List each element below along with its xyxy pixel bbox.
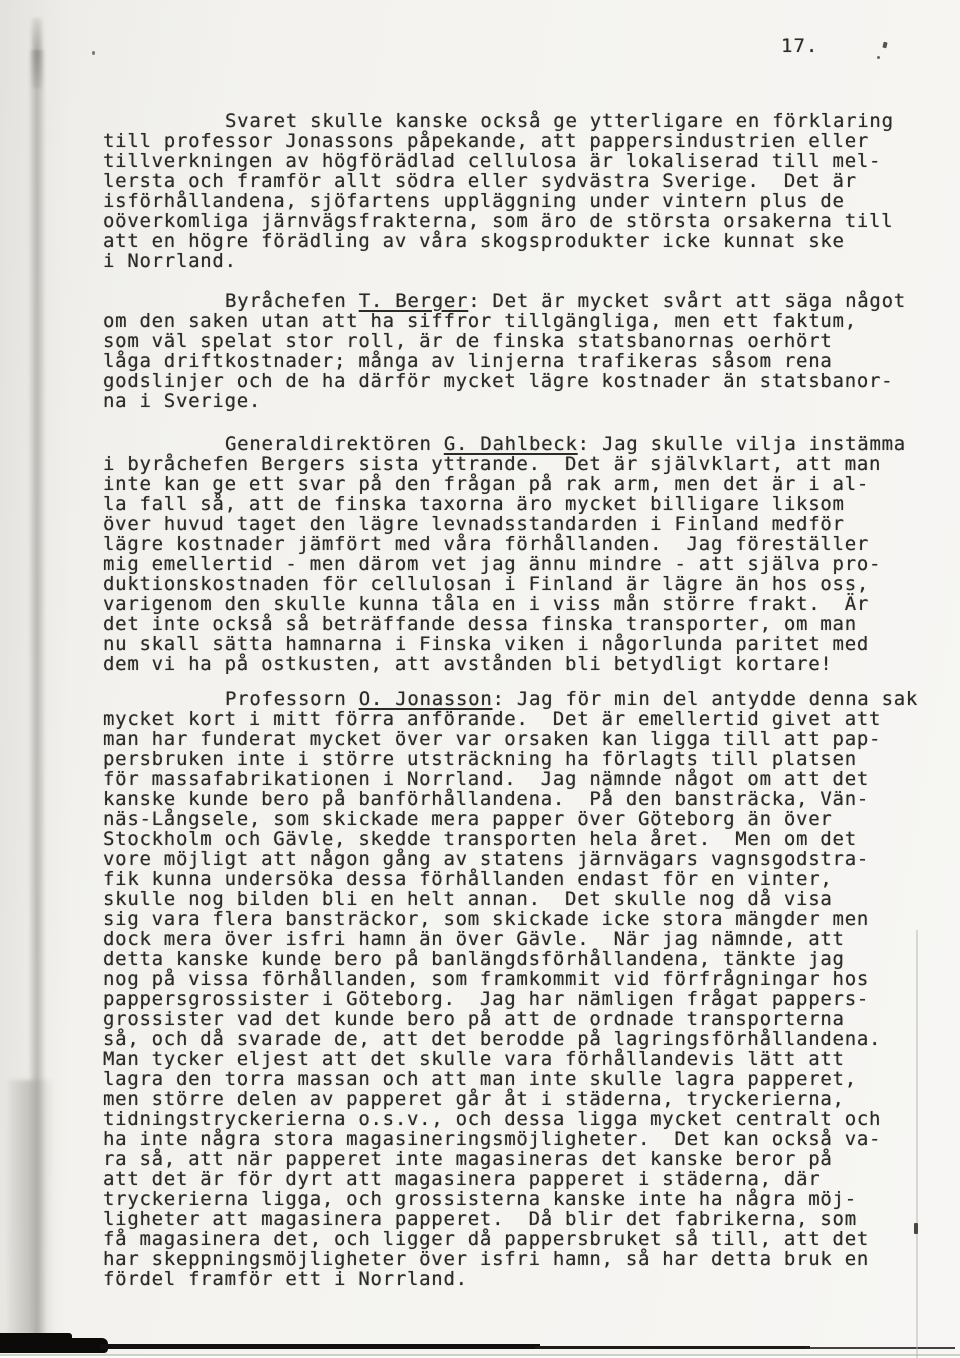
speaker-name: G. Dahlbeck bbox=[444, 433, 578, 455]
paragraph-line: Man tycker eljest att det skulle vara fö… bbox=[103, 1049, 933, 1069]
speaker-name: O. Jonasson bbox=[359, 688, 493, 710]
paragraph-line: näs-Långsele, som skickade mera papper ö… bbox=[103, 809, 933, 829]
paragraph-line: har skeppningsmöjligheter över isfri ham… bbox=[103, 1249, 933, 1269]
paragraph-line: na i Sverige. bbox=[103, 391, 933, 411]
paragraph-line: persbruken inte i större utsträckning ha… bbox=[103, 749, 933, 769]
paragraph-line: ra så, att när papperet inte magasineras… bbox=[103, 1149, 933, 1169]
paragraph-line: att det är för dyrt att magasinera pappe… bbox=[103, 1169, 933, 1189]
paragraph-line: Svaret skulle kanske också ge ytterligar… bbox=[103, 111, 933, 131]
paragraph-line: inte kan ge ett svar på den frågan på ra… bbox=[103, 474, 933, 494]
paragraph-line: att en högre förädling av våra skogsprod… bbox=[103, 231, 933, 251]
left-bottom-shade bbox=[8, 1080, 54, 1335]
speaker-statement-start: : Jag för min del antydde denna sak bbox=[493, 688, 919, 710]
speaker-title: Professorn bbox=[225, 688, 359, 710]
paragraph-line: fik kunna undersöka dessa förhållanden e… bbox=[103, 869, 933, 889]
paragraph-line: detta kanske kunde bero på banlängdsförh… bbox=[103, 949, 933, 969]
paragraph-line: ha inte några stora magasineringsmöjligh… bbox=[103, 1129, 933, 1149]
paragraph-line: till professor Jonassons påpekande, att … bbox=[103, 131, 933, 151]
paragraph-line: mycket kort i mitt förra anförande. Det … bbox=[103, 709, 933, 729]
paragraph-line: pappersgrossister i Göteborg. Jag har nä… bbox=[103, 989, 933, 1009]
paragraph-line: nu skall sätta hamnarna i Finska viken i… bbox=[103, 634, 933, 654]
paragraph-line: dem vi ha på ostkusten, att avstånden bl… bbox=[103, 654, 933, 674]
paragraph-line: tryckerierna ligga, och grossisterna kan… bbox=[103, 1189, 933, 1209]
speaker-statement-start: : Jag skulle vilja instämma bbox=[578, 433, 906, 455]
scan-black-tail bbox=[805, 1347, 955, 1349]
paragraph-line: dock mera över isfri hamn än över Gävle.… bbox=[103, 929, 933, 949]
scan-black-tail bbox=[100, 1344, 540, 1349]
scan-speck bbox=[877, 56, 880, 59]
paragraph-line: låga driftkostnader; många av linjerna t… bbox=[103, 351, 933, 371]
paragraph-line: men större delen av papperet går åt i st… bbox=[103, 1089, 933, 1109]
paragraph-line: sig vara flera bansträckor, som skickade… bbox=[103, 909, 933, 929]
paragraph-jonasson: Professorn O. Jonasson: Jag för min del … bbox=[103, 689, 933, 1289]
paragraph-line: tidningstryckerierna o.s.v., och dessa l… bbox=[103, 1109, 933, 1129]
paragraph-line: mig emellertid - men därom vet jag ännu … bbox=[103, 554, 933, 574]
paragraph-line: tillverkningen av högförädlad cellulosa … bbox=[103, 151, 933, 171]
paragraph-line: skulle nog bilden bli en helt annan. Det… bbox=[103, 889, 933, 909]
paragraph-berger: Byråchefen T. Berger: Det är mycket svår… bbox=[103, 291, 933, 411]
speaker-title: Byråchefen bbox=[225, 290, 359, 312]
paragraph-line: i byråchefen Bergers sista yttrande. Det… bbox=[103, 454, 933, 474]
page-crease-top-smudge bbox=[31, 18, 43, 88]
paragraph-line: lersta och framför allt södra eller sydv… bbox=[103, 171, 933, 191]
scan-speck bbox=[92, 51, 95, 55]
paragraph-line: oöverkomliga järnvägsfrakterna, som äro … bbox=[103, 211, 933, 231]
paragraph-line: lagra den torra massan och att man inte … bbox=[103, 1069, 933, 1089]
paragraph-line: som väl spelat stor roll, är de finska s… bbox=[103, 331, 933, 351]
paragraph-line: kanske kunde bero på banförhållandena. P… bbox=[103, 789, 933, 809]
paragraph-line: duktionskostnaden för cellulosan i Finla… bbox=[103, 574, 933, 594]
paragraph-line: vore möjligt att någon gång av statens j… bbox=[103, 849, 933, 869]
scan-black-tail bbox=[535, 1346, 810, 1349]
paragraph-line: ligheter att magasinera papperet. Då bli… bbox=[103, 1209, 933, 1229]
scan-speck bbox=[882, 42, 887, 49]
paragraph-line: man har funderat mycket över var orsaken… bbox=[103, 729, 933, 749]
paragraph-line: om den saken utan att ha siffror tillgän… bbox=[103, 311, 933, 331]
paragraph-line: i Norrland. bbox=[103, 251, 933, 271]
paragraph-line: isförhållandena, sjöfartens uppläggning … bbox=[103, 191, 933, 211]
paragraph-line: Professorn O. Jonasson: Jag för min del … bbox=[103, 689, 933, 709]
paragraph-line: Stockholm och Gävle, skedde transporten … bbox=[103, 829, 933, 849]
paragraph-line: varigenom den skulle kunna tåla en i vis… bbox=[103, 594, 933, 614]
paragraph-line: la fall så, att de finska taxorna äro my… bbox=[103, 494, 933, 514]
paragraph-line: få magasinera det, och ligger då pappers… bbox=[103, 1229, 933, 1249]
paragraph-line: för massafabrikationen i Norrland. Jag n… bbox=[103, 769, 933, 789]
paragraph-line: lägre kostnader jämfört med våra förhåll… bbox=[103, 534, 933, 554]
speaker-title: Generaldirektören bbox=[225, 433, 444, 455]
paragraph-line: grossister vad det kunde bero på att de … bbox=[103, 1009, 933, 1029]
paragraph-line: Byråchefen T. Berger: Det är mycket svår… bbox=[103, 291, 933, 311]
document-text-block: Svaret skulle kanske också ge ytterligar… bbox=[103, 111, 933, 1289]
page-number: 17. bbox=[781, 35, 818, 57]
paragraph-intro: Svaret skulle kanske också ge ytterligar… bbox=[103, 111, 933, 271]
paragraph-line: fördel framför ett i Norrland. bbox=[103, 1269, 933, 1289]
paragraph-dahlbeck: Generaldirektören G. Dahlbeck: Jag skull… bbox=[103, 434, 933, 674]
paragraph-line: godslinjer och de ha därför mycket lägre… bbox=[103, 371, 933, 391]
paragraph-line: över huvud taget den lägre levnadsstanda… bbox=[103, 514, 933, 534]
paragraph-line: Generaldirektören G. Dahlbeck: Jag skull… bbox=[103, 434, 933, 454]
speaker-name: T. Berger bbox=[359, 290, 468, 312]
scan-black-wedge bbox=[0, 1338, 108, 1353]
paragraph-line: det inte också så beträffande dessa fins… bbox=[103, 614, 933, 634]
paragraph-line: nog på vissa förhållanden, som framkommi… bbox=[103, 969, 933, 989]
paragraph-line: så, och då svarade de, att det berodde p… bbox=[103, 1029, 933, 1049]
speaker-statement-start: : Det är mycket svårt att säga något bbox=[468, 290, 906, 312]
